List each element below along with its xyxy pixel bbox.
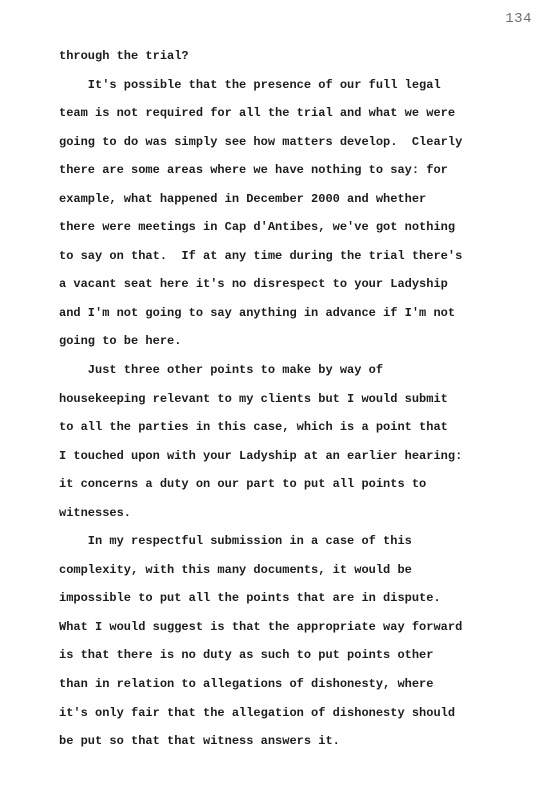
transcript-line: to say on that. If at any time during th… — [59, 242, 529, 271]
transcript-line: is that there is no duty as such to put … — [59, 641, 529, 670]
transcript-line: What I would suggest is that the appropr… — [59, 613, 529, 642]
transcript-page: 134 through the trial? It's possible tha… — [0, 0, 558, 789]
transcript-line: I touched upon with your Ladyship at an … — [59, 442, 529, 471]
transcript-line: than in relation to allegations of disho… — [59, 670, 529, 699]
transcript-line: to all the parties in this case, which i… — [59, 413, 529, 442]
transcript-line: team is not required for all the trial a… — [59, 99, 529, 128]
transcript-line: going to do was simply see how matters d… — [59, 128, 529, 157]
transcript-line: example, what happened in December 2000 … — [59, 185, 529, 214]
transcript-line: Just three other points to make by way o… — [59, 356, 529, 385]
transcript-line: going to be here. — [59, 327, 529, 356]
page-number: 134 — [505, 11, 532, 27]
transcript-line: a vacant seat here it's no disrespect to… — [59, 270, 529, 299]
transcript-line: impossible to put all the points that ar… — [59, 584, 529, 613]
transcript-line: In my respectful submission in a case of… — [59, 527, 529, 556]
transcript-line: through the trial? — [59, 42, 529, 71]
transcript-line: and I'm not going to say anything in adv… — [59, 299, 529, 328]
transcript-text: through the trial? It's possible that th… — [59, 42, 529, 756]
transcript-line: be put so that that witness answers it. — [59, 727, 529, 756]
transcript-line: it concerns a duty on our part to put al… — [59, 470, 529, 499]
transcript-line: It's possible that the presence of our f… — [59, 71, 529, 100]
transcript-line: it's only fair that the allegation of di… — [59, 699, 529, 728]
transcript-line: witnesses. — [59, 499, 529, 528]
transcript-line: complexity, with this many documents, it… — [59, 556, 529, 585]
transcript-line: there were meetings in Cap d'Antibes, we… — [59, 213, 529, 242]
transcript-line: there are some areas where we have nothi… — [59, 156, 529, 185]
transcript-line: housekeeping relevant to my clients but … — [59, 385, 529, 414]
